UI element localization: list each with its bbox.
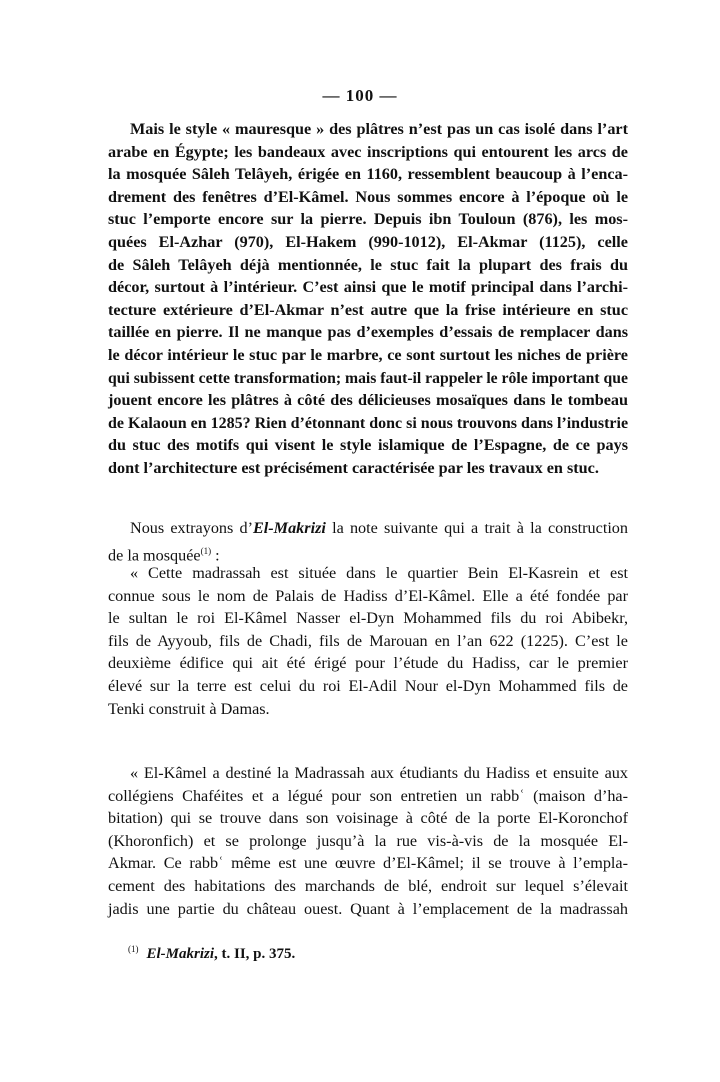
text-line: de Sâleh Telâyeh déjà mentionnée, le stu… [108,254,628,277]
cited-author: El-Makrizi [253,519,326,537]
text-line: la mosquée Sâleh Telâyeh, érigée en 1160… [108,163,628,186]
text-line: « Cette madrassah est située dans le qua… [108,562,628,585]
text-line: « El-Kâmel a destiné la Madrassah aux ét… [108,762,628,785]
footnote-source: El-Makrizi [147,946,215,962]
text-line: de Kalaoun en 1285? Rien d’étonnant donc… [108,412,628,435]
text-line: élevé sur la terre est celui du roi El-A… [108,675,628,698]
text-line: (Khoronfich) et se prolonge jusqu’à la r… [108,830,628,853]
text-line: quées El-Azhar (970), El-Hakem (990-1012… [108,231,628,254]
text-line: cement des habitations des marchands de … [108,875,628,898]
text-line: deuxième édifice qui ait été érigé pour … [108,652,628,675]
text-line: Mais le style « mauresque » des plâtres … [108,118,628,141]
text-line: décor, surtout à l’intérieur. C’est ains… [108,276,628,299]
text-run: Nous extrayons d’ [130,519,253,537]
paragraph-quotation-kamel: « El-Kâmel a destiné la Madrassah aux ét… [108,762,628,920]
paragraph-stucco-style: Mais le style « mauresque » des plâtres … [108,118,628,480]
text-line: du stuc des motifs qui visent le style i… [108,434,628,457]
text-line: jouent encore les plâtres à côté des dél… [108,389,628,412]
text-line: le décor intérieur le stuc par le marbre… [108,344,628,367]
footnote-marker: (1) [128,944,139,954]
text-line: stuc l’emporte encore sur la pierre. Dep… [108,208,628,231]
text-line: Akmar. Ce rabbʿ même est une œuvre d’El-… [108,852,628,875]
footnote-reference[interactable]: (1) [201,546,212,556]
text-line: de la mosquée(1) : [108,540,628,563]
text-line: tecture extérieure d’El-Akmar n’est autr… [108,299,628,322]
text-run: la note suivante qui a trait à la constr… [326,519,628,537]
text-line: taillée en pierre. Il ne manque pas d’ex… [108,321,628,344]
page-number: — 100 — [0,86,720,106]
paragraph-makrizi-intro: Nous extrayons d’El-Makrizi la note suiv… [108,517,628,562]
footnote-citation: , t. II, p. 375. [214,946,295,962]
text-line: arabe en Égypte; les bandeaux avec inscr… [108,141,628,164]
text-line: le sultan le roi El-Kâmel Nasser el-Dyn … [108,607,628,630]
paragraph-quotation-madrassah: « Cette madrassah est située dans le qua… [108,562,628,720]
footnote: (1)El-Makrizi, t. II, p. 375. [128,944,295,963]
text-line: drement des fenêtres d’El-Kâmel. Nous so… [108,186,628,209]
text-line: Nous extrayons d’El-Makrizi la note suiv… [108,517,628,540]
text-line: collégiens Chaféites et a légué pour son… [108,785,628,808]
text-line: connue sous le nom de Palais de Hadiss d… [108,585,628,608]
text-line: bitation) qui se trouve dans son voisina… [108,807,628,830]
text-line: dont l’architecture est précisément cara… [108,457,628,480]
text-line: Tenki construit à Damas. [108,698,628,721]
document-page: — 100 — Mais le style « mauresque » des … [0,0,720,1082]
text-line: fils de Ayyoub, fils de Chadi, fils de M… [108,630,628,653]
text-line: jadis une partie du château ouest. Quant… [108,898,628,921]
text-line: qui subissent cette transformation; mais… [108,367,628,390]
